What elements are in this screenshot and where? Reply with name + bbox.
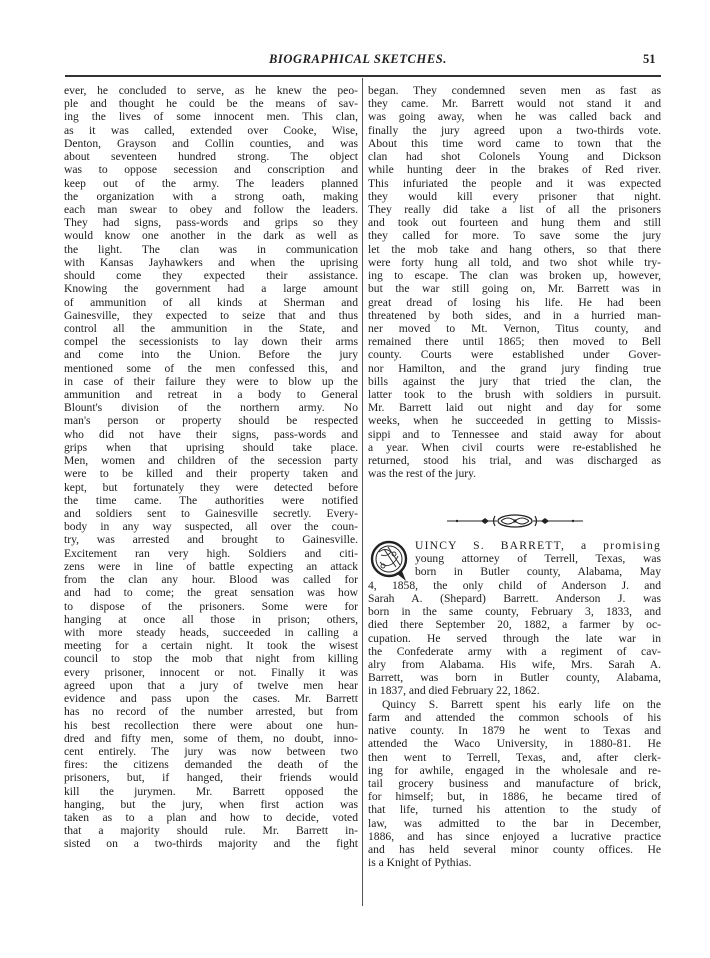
bio-opening-line: UINCY S. BARRETT, a promising: [415, 539, 661, 552]
text-line: About this time word came to town that t…: [368, 137, 661, 150]
text-line: great dread of losing his life. He had b…: [368, 296, 661, 309]
text-line: tail grocery business and manufacture of…: [368, 777, 661, 790]
text-line: they would kill every prisoner that nigh…: [368, 190, 661, 203]
text-line: ever, he concluded to serve, as he knew …: [64, 84, 358, 97]
text-line: man's person or property should be respe…: [64, 414, 358, 427]
text-line: Sarah A. (Shepard) Barrett. Anderson J. …: [368, 592, 661, 605]
text-line: Knowing the government had a large amoun…: [64, 282, 358, 295]
right-column: began. They condemned seven men as fast …: [368, 84, 661, 481]
text-line: agreed upon that a jury of twelve men he…: [64, 679, 358, 692]
text-line: each man swear to obey and follow the le…: [64, 203, 358, 216]
text-line: was the rest of the jury.: [368, 467, 661, 480]
text-line: to dispose of the prisoners. Some were f…: [64, 600, 358, 613]
text-line: ing the lives of some innocent men. This…: [64, 110, 358, 123]
text-line: for himself; but, in 1886, he became tir…: [368, 790, 661, 803]
text-line: compel the secessionists to lay down the…: [64, 335, 358, 348]
text-line: is a Knight of Pythias.: [368, 856, 661, 869]
header-rule: [65, 75, 661, 77]
text-line: as it was called, extended over Cooke, W…: [64, 124, 358, 137]
bio-opening-lines: UINCY S. BARRETT, a promising young atto…: [415, 539, 661, 579]
text-line: weeks, when he succeeded in getting to M…: [368, 414, 661, 427]
text-line: Barrett, was born in Butler county, Alab…: [368, 671, 661, 684]
text-line: has no record of the number arrested, bu…: [64, 705, 358, 718]
bio-body: 4, 1858, the only child of Anderson J. a…: [368, 579, 661, 870]
text-line: They had signs, pass-words and grips so …: [64, 216, 358, 229]
text-line: farm and attended the common schools of …: [368, 711, 661, 724]
text-line: returned, stood his trial, and was disch…: [368, 454, 661, 467]
text-line: and has held several minor county office…: [368, 843, 661, 856]
text-line: that a majority should rule. Mr. Barrett…: [64, 824, 358, 837]
text-line: ing to escape. The clan was broken up, h…: [368, 269, 661, 282]
text-line: fires: the citizens demanded the death o…: [64, 758, 358, 771]
text-line: were forty hung all told, and two shot w…: [368, 256, 661, 269]
text-line: was to oppose secession and conscription…: [64, 163, 358, 176]
text-line: bills against the jury that tried the cl…: [368, 375, 661, 388]
text-line: Men, women and children of the secession…: [64, 454, 358, 467]
text-line: They really did take a list of all the p…: [368, 203, 661, 216]
running-head: BIOGRAPHICAL SKETCHES. 51: [0, 52, 710, 70]
text-line: of ammunition of all kinds at Sherman an…: [64, 296, 358, 309]
text-line: and had to come; the great sensation was…: [64, 586, 358, 599]
text-line: native county. In 1879 he went to Texas …: [368, 724, 661, 737]
drop-cap-q-icon: [370, 540, 410, 584]
text-line: his best recollection there were about o…: [64, 719, 358, 732]
text-line: who did not have their signs, pass-words…: [64, 428, 358, 441]
text-line: keep out of the army. The leaders planne…: [64, 177, 358, 190]
left-column: ever, he concluded to serve, as he knew …: [64, 84, 358, 851]
text-line: control all the ammunition in the State,…: [64, 322, 358, 335]
text-line: 1886, and has since enjoyed a lucrative …: [368, 830, 661, 843]
text-line: a year. When civil courts were re-establ…: [368, 441, 661, 454]
text-line: alry from Alabama. His wife, Mrs. Sarah …: [368, 658, 661, 671]
text-line: cupation. He served through the late war…: [368, 632, 661, 645]
text-line: Denton, Grayson and Collin counties, and…: [64, 137, 358, 150]
text-line: 4, 1858, the only child of Anderson J. a…: [368, 579, 661, 592]
text-line: the time came. The authorities were noti…: [64, 494, 358, 507]
text-line: born in the same county, February 3, 183…: [368, 605, 661, 618]
text-line: grips when that uprising should take pla…: [64, 441, 358, 454]
text-line: meeting for a certain night. It took the…: [64, 639, 358, 652]
text-line: attended the Waco University, in 1880-81…: [368, 737, 661, 750]
text-line: were to be killed and their property tak…: [64, 467, 358, 480]
text-line: ple and thought he could be the means of…: [64, 97, 358, 110]
text-line: should come they expected their assistan…: [64, 269, 358, 282]
text-line: sisted on a two-thirds majority and the …: [64, 837, 358, 850]
text-line: began. They condemned seven men as fast …: [368, 84, 661, 97]
text-line: try, was arrested and brought to Gainesv…: [64, 533, 358, 546]
text-line: dred and fifty men, some of them, no dou…: [64, 732, 358, 745]
text-line: from the clan any hour. Blood was called…: [64, 573, 358, 586]
page-number: 51: [643, 52, 656, 67]
text-line: and soldiers sent to Gainesville secretl…: [64, 507, 358, 520]
text-line: latter took to the brush with soldiers i…: [368, 388, 661, 401]
text-line: then went to Terrell, Texas, and, after …: [368, 751, 661, 764]
text-line: nor Hamilton, and the grand jury finding…: [368, 362, 661, 375]
decorative-divider-icon: [445, 513, 585, 529]
text-line: the light. The clan was in communication: [64, 243, 358, 256]
text-line: taken as to a plan and how to decide, vo…: [64, 811, 358, 824]
text-line: the organization with a strong oath, mak…: [64, 190, 358, 203]
text-line: and took out fourteen and hung them and …: [368, 216, 661, 229]
text-line: Excitement ran very high. Soldiers and c…: [64, 547, 358, 560]
text-line: every prisoner, innocent or not. Finally…: [64, 666, 358, 679]
text-line: Blount's division of the northern army. …: [64, 401, 358, 414]
text-line: ammunition and retreat in a body to Gene…: [64, 388, 358, 401]
text-line: hanging at once all those in prison; oth…: [64, 613, 358, 626]
text-line: the Confederate army with a regiment of …: [368, 645, 661, 658]
column-divider: [362, 78, 363, 906]
text-line: cent entirely. The jury was now between …: [64, 745, 358, 758]
text-line: county. Courts were established under Go…: [368, 348, 661, 361]
text-line: law, was admitted to the bar in December…: [368, 817, 661, 830]
text-line: prisoners, but, if hanged, their friends…: [64, 771, 358, 784]
text-line: that life, turned his attention to the s…: [368, 803, 661, 816]
text-line: evidence and pass upon the cases. Mr. Ba…: [64, 692, 358, 705]
text-line: sippi and to Tennessee and staid away fo…: [368, 428, 661, 441]
text-line: body in any way suspected, all over the …: [64, 520, 358, 533]
text-line: kill the jurymen. Mr. Barrett opposed th…: [64, 785, 358, 798]
text-line: they called for more. To save some the j…: [368, 229, 661, 242]
running-title: BIOGRAPHICAL SKETCHES.: [238, 52, 478, 67]
bio-opening-line: young attorney of Terrell, Texas, was: [415, 552, 661, 565]
text-line: they came. Mr. Barrett would not stand i…: [368, 97, 661, 110]
text-line: mentioned some of the men confessed this…: [64, 362, 358, 375]
text-line: was going away, when he was called back …: [368, 110, 661, 123]
book-page: BIOGRAPHICAL SKETCHES. 51 ever, he concl…: [0, 0, 710, 958]
text-line: kept, but fortunately they were detected…: [64, 481, 358, 494]
text-line: ing for awhile, engaged in the wholesale…: [368, 764, 661, 777]
text-line: died there September 20, 1882, a farmer …: [368, 618, 661, 631]
text-line: Gainesville, they expected to seize that…: [64, 309, 358, 322]
text-line: let the mob take and hang others, so tha…: [368, 243, 661, 256]
text-line: with Kansas Jayhawkers and when the upri…: [64, 256, 358, 269]
text-line: This infuriated the people and it was ex…: [368, 177, 661, 190]
text-line: but the war still going on, Mr. Barrett …: [368, 282, 661, 295]
text-line: in case of their failure they were to bl…: [64, 375, 358, 388]
text-line: about seventeen hundred strong. The obje…: [64, 150, 358, 163]
text-line: council to stop the mob that night from …: [64, 652, 358, 665]
text-line: finally the jury agreed upon a two-third…: [368, 124, 661, 137]
text-line: remained there until 1865; then moved to…: [368, 335, 661, 348]
text-line: with more steady heads, succeeded in cal…: [64, 626, 358, 639]
text-line: would know one another in the dark as we…: [64, 229, 358, 242]
text-line: and come into the Union. Before the jury: [64, 348, 358, 361]
text-line: clan had shot Colonels Young and Dickson: [368, 150, 661, 163]
bio-opening-line: born in Butler county, Alabama, May: [415, 565, 661, 578]
text-line: in 1837, and died February 22, 1862.: [368, 684, 661, 697]
text-line: Mr. Barrett laid out night and day for s…: [368, 401, 661, 414]
text-line: threatened by both sides, and in a hurri…: [368, 309, 661, 322]
text-line: hanging, but the jury, when first action…: [64, 798, 358, 811]
text-line: while hunting deer in the brakes of Red …: [368, 163, 661, 176]
text-line: Quincy S. Barrett spent his early life o…: [368, 698, 661, 711]
text-line: zens were in line of battle expecting an…: [64, 560, 358, 573]
text-line: ner moved to Mt. Vernon, Titus county, a…: [368, 322, 661, 335]
